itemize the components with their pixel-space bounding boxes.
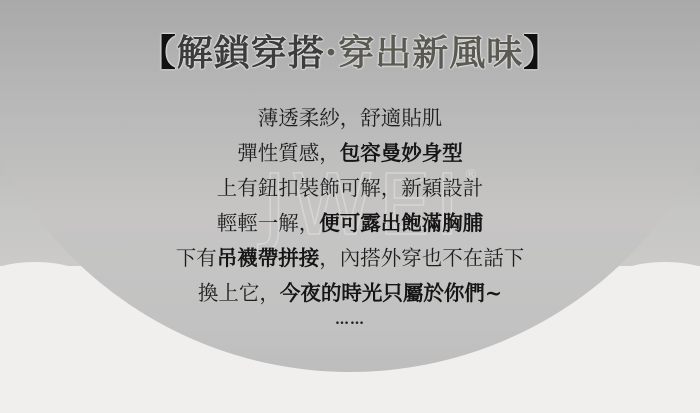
- line-tail: ，內搭外穿也不在話下: [319, 246, 524, 270]
- feature-line: 彈性質感，包容曼妙身型: [0, 136, 700, 171]
- title-close-bracket: 】: [523, 32, 560, 74]
- feature-line: 薄透柔紗，舒適貼肌: [0, 101, 700, 136]
- feature-description: 薄透柔紗，舒適貼肌 彈性質感，包容曼妙身型 上有鈕扣裝飾可解，新穎設計 輕輕一解…: [0, 101, 700, 311]
- line-text: 輕輕一解，: [217, 211, 320, 235]
- feature-line: 上有鈕扣裝飾可解，新穎設計: [0, 171, 700, 206]
- title-part-2: 穿出新風味: [338, 32, 523, 74]
- line-highlight: 吊襪帶拼接: [217, 246, 320, 270]
- title-part-1: 解鎖穿搭: [177, 32, 325, 74]
- line-highlight: 包容曼妙身型: [340, 141, 463, 165]
- feature-line: 換上它，今夜的時光只屬於你們~: [0, 276, 700, 311]
- line-text: 上有鈕扣裝飾可解，新穎設計: [217, 176, 484, 200]
- title-separator: ·: [325, 32, 339, 74]
- title-open-bracket: 【: [140, 32, 177, 74]
- line-text: 下有: [176, 246, 217, 270]
- feature-line: 下有吊襪帶拼接，內搭外穿也不在話下: [0, 241, 700, 276]
- line-text: 彈性質感，: [237, 141, 340, 165]
- ellipsis: ……: [0, 312, 700, 328]
- line-text: 換上它，: [198, 281, 280, 305]
- promo-banner: JWEI® 【解鎖穿搭·穿出新風味】 薄透柔紗，舒適貼肌 彈性質感，包容曼妙身型…: [0, 0, 700, 413]
- banner-title: 【解鎖穿搭·穿出新風味】: [0, 28, 700, 78]
- line-highlight: 今夜的時光只屬於你們~: [280, 281, 502, 305]
- line-highlight: 便可露出飽滿胸脯: [319, 211, 483, 235]
- line-text: 薄透柔紗，舒適貼肌: [258, 106, 443, 130]
- feature-line: 輕輕一解，便可露出飽滿胸脯: [0, 206, 700, 241]
